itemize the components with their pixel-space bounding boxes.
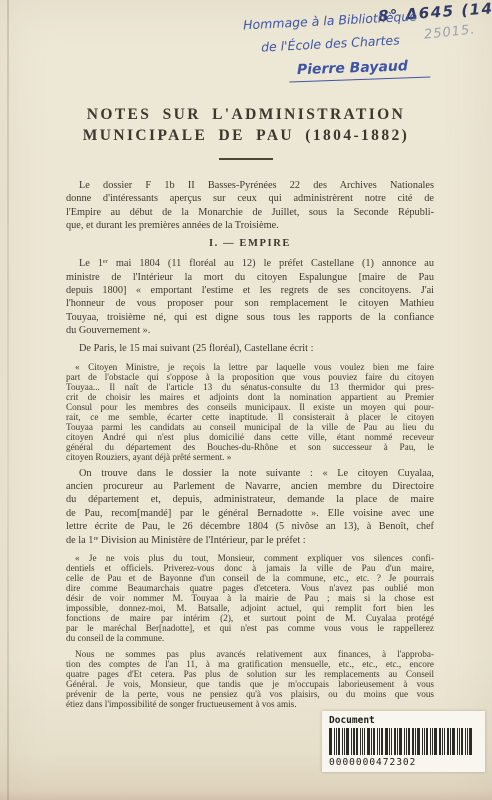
text-line: De Paris, le 15 mai suivant (25 floréal)… (66, 342, 434, 355)
page-bottom-shadow (0, 790, 492, 800)
handwritten-signature: Pierre Bayaud (289, 58, 431, 83)
document-title-line1: NOTES SUR L'ADMINISTRATION (87, 106, 405, 123)
text-line: donne d'intéressants aperçus sur ceux qu… (66, 192, 434, 205)
text-line: rait, ce me semble, écarter cette inapti… (66, 412, 434, 422)
paragraph: On trouve dans le dossier la note suivan… (66, 467, 434, 547)
text-line: de Pau, recom[mandé] par le général Bern… (66, 507, 434, 520)
document-body: Le dossier F 1b II Basses-Pyrénées 22 de… (66, 179, 434, 714)
paragraph: Le 1ᵉʳ mai 1804 (11 floréal au 12) le pr… (66, 257, 434, 337)
section-heading: I. — EMPIRE (66, 237, 434, 250)
text-line: du Gouvernement ». (66, 324, 434, 337)
text-line: part de l'obstacle qui s'oppose à la pro… (66, 372, 434, 382)
text-line: que, et durant les premières années de l… (66, 219, 434, 232)
text-line: Le dossier F 1b II Basses-Pyrénées 22 de… (66, 179, 434, 192)
paragraph: « Je ne vois plus du tout, Monsieur, com… (66, 553, 434, 643)
text-line: fonctions de maire par intérim (2), et s… (66, 613, 434, 623)
text-line: prévenir de la perte, vous ne pensiez qu… (66, 689, 434, 699)
text-line: désir de voir nommer M. Touyaa à la mair… (66, 593, 434, 603)
barcode-number: 0000000472302 (329, 757, 416, 768)
text-line: lettre écrite de Pau, le 26 décembre 180… (66, 520, 434, 533)
text-line: crit de choisir les maires et adjoints d… (66, 392, 434, 402)
barcode-icon (329, 728, 477, 755)
text-line: « Citoyen Ministre, je reçois la lettre … (66, 362, 434, 372)
scanned-document-page: 8° Δ645 (14) 25015. Hommage à la Bibliot… (0, 0, 492, 800)
text-line: depuis 1800] « emportant l'estime et les… (66, 284, 434, 297)
paragraph: Le dossier F 1b II Basses-Pyrénées 22 de… (66, 179, 434, 232)
text-line: ancien procureur au Parlement de Navarre… (66, 480, 434, 493)
text-line: tion des comptes de l'an 11, à ma gratif… (66, 659, 434, 669)
text-line: Général. Je vois, Monsieur, que tandis q… (66, 679, 434, 689)
document-title: NOTES SUR L'ADMINISTRATIONMUNICIPALE DE … (0, 104, 492, 146)
text-line: Consul pour les membres des conseils mun… (66, 402, 434, 412)
paragraph: Nous ne sommes pas plus avancés relative… (66, 649, 434, 709)
handwritten-dedication-line2: de l'École des Chartes (261, 32, 400, 54)
text-line: Touyaa parmi les candidats au conseil mu… (66, 422, 434, 432)
text-line: du conseil de la commune. (66, 633, 434, 643)
text-line: celle de Pau et de Bayonne d'un conseil … (66, 573, 434, 583)
paragraph: « Citoyen Ministre, je reçois la lettre … (66, 362, 434, 462)
text-line: Le 1ᵉʳ mai 1804 (11 floréal au 12) le pr… (66, 257, 434, 270)
text-line: ministre de l'Intérieur la mort du citoy… (66, 271, 434, 284)
document-title-line2: MUNICIPALE DE PAU (1804-1882) (83, 127, 409, 144)
handwritten-dedication-line1: Hommage à la Bibliothèque (243, 8, 418, 32)
text-line: étiez dans l'impossibilité de songer fru… (66, 699, 434, 709)
barcode-caption: Document (329, 715, 485, 726)
paragraph: De Paris, le 15 mai suivant (25 floréal)… (66, 342, 434, 355)
text-line: On trouve dans le dossier la note suivan… (66, 467, 434, 480)
barcode-sticker: Document 0000000472302 (322, 711, 485, 772)
text-line: quatre pages d'Et cetera. Pas plus de so… (66, 669, 434, 679)
text-line: Nous ne sommes pas plus avancés relative… (66, 649, 434, 659)
pencil-accession-number: 25015. (423, 22, 476, 42)
text-line: citoyen Rouziers, ayant déjà prêté serme… (66, 452, 434, 462)
text-line: par le maréchal Ber[nadotte], et qui n'e… (66, 623, 434, 633)
text-line: citoyen André qui n'est plus domicilié d… (66, 432, 434, 442)
text-line: impossible, donnez-moi, M. Batsalle, adj… (66, 603, 434, 613)
text-line: du département et, depuis, administrateu… (66, 493, 434, 506)
title-divider-rule (219, 158, 273, 160)
text-line: général du département des Bouches-du-Rh… (66, 442, 434, 452)
text-line: de la 1ʳᵉ Division au Ministère de l'Int… (66, 534, 434, 547)
text-line: Touyaa, troisième né, qui est digne sous… (66, 311, 434, 324)
text-line: dire comme Beaumarchais quatre pages d'e… (66, 583, 434, 593)
text-line: dentiels et officiels. Priverez-vous don… (66, 563, 434, 573)
text-line: « Je ne vois plus du tout, Monsieur, com… (66, 553, 434, 563)
text-line: Touyaa... Il naît de l'article 13 du sén… (66, 382, 434, 392)
text-line: l'honneur de vous proposer pour son remp… (66, 297, 434, 310)
text-line: l'Empire au début de la Monarchie de Jui… (66, 206, 434, 219)
